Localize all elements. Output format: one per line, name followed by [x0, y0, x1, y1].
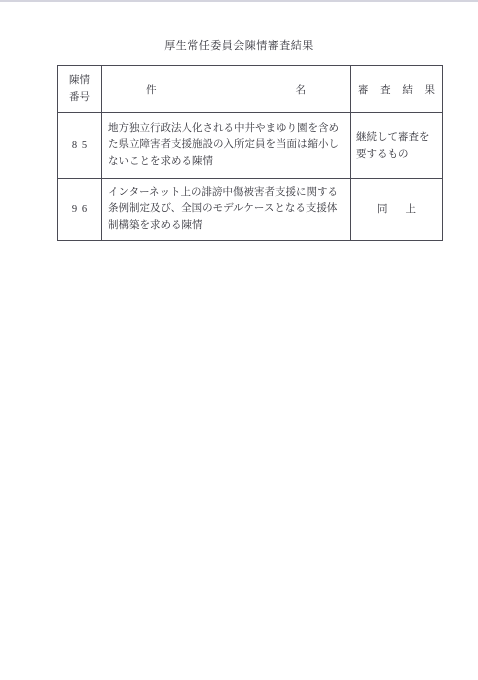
petition-number-cell: 85	[58, 113, 102, 179]
petition-subject-cell: インターネット上の誹謗中傷被害者支援に関する条例制定及び、全国のモデルケースとな…	[102, 179, 351, 241]
header-subject-spread: 件 名	[102, 82, 350, 97]
ditto-char-2: 上	[406, 201, 417, 218]
header-petition-number-line2: 番号	[58, 89, 101, 106]
ditto-mark: 同 上	[356, 201, 437, 218]
petition-results-table: 陳情 番号 件 名 審 査 結 果	[57, 65, 443, 241]
document-page: 厚生常任委員会陳情審査結果 陳情 番号 件 名	[0, 0, 478, 680]
header-petition-number-line1: 陳情	[58, 72, 101, 89]
header-subject-char-1: 件	[146, 82, 157, 97]
header-result-spread: 審 査 結 果	[351, 82, 442, 97]
header-result-char-1: 審	[358, 82, 369, 97]
header-result: 審 査 結 果	[351, 66, 443, 113]
header-subject-char-2: 名	[296, 82, 307, 97]
header-result-char-3: 結	[402, 82, 413, 97]
petition-result-cell: 同 上	[351, 179, 443, 241]
header-subject: 件 名	[102, 66, 351, 113]
ditto-char-1: 同	[377, 201, 388, 218]
petition-subject-cell: 地方独立行政法人化される中井やまゆり園を含めた県立障害者支援施設の入所定員を当面…	[102, 113, 351, 179]
petition-number-cell: 96	[58, 179, 102, 241]
header-petition-number: 陳情 番号	[58, 66, 102, 113]
petition-result-cell: 継続して審査を要するもの	[351, 113, 443, 179]
header-result-char-2: 査	[380, 82, 391, 97]
page-edge-shadow	[0, 0, 478, 2]
table-header-row: 陳情 番号 件 名 審 査 結 果	[58, 66, 443, 113]
table-row-petition-96: 96 インターネット上の誹謗中傷被害者支援に関する条例制定及び、全国のモデルケー…	[58, 179, 443, 241]
header-result-char-4: 果	[424, 82, 435, 97]
document-title: 厚生常任委員会陳情審査結果	[0, 37, 478, 53]
table-row-petition-85: 85 地方独立行政法人化される中井やまゆり園を含めた県立障害者支援施設の入所定員…	[58, 113, 443, 179]
